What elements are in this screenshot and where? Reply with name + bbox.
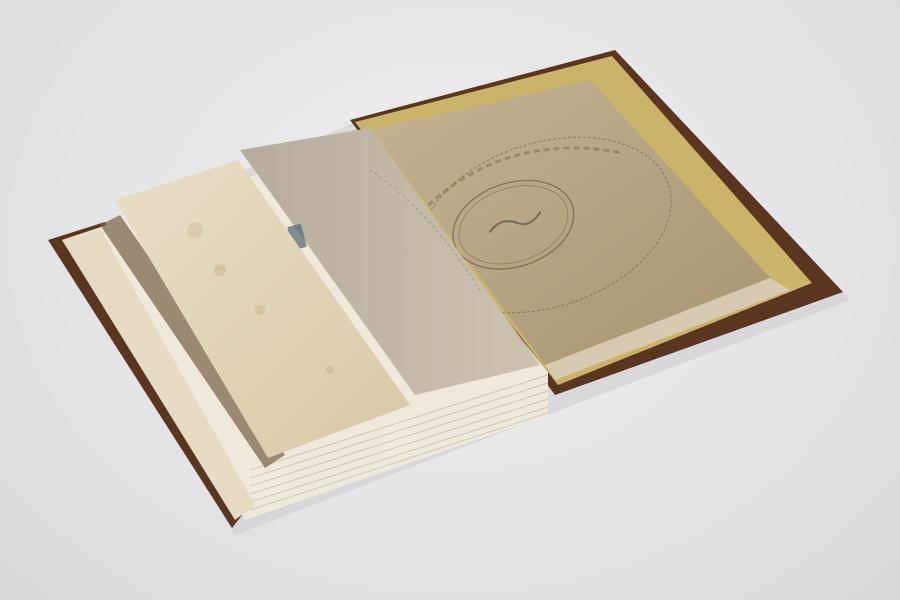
photo-scene: An old, damaged book lying open on a lig… xyxy=(0,0,900,600)
book-illustration xyxy=(0,0,900,600)
